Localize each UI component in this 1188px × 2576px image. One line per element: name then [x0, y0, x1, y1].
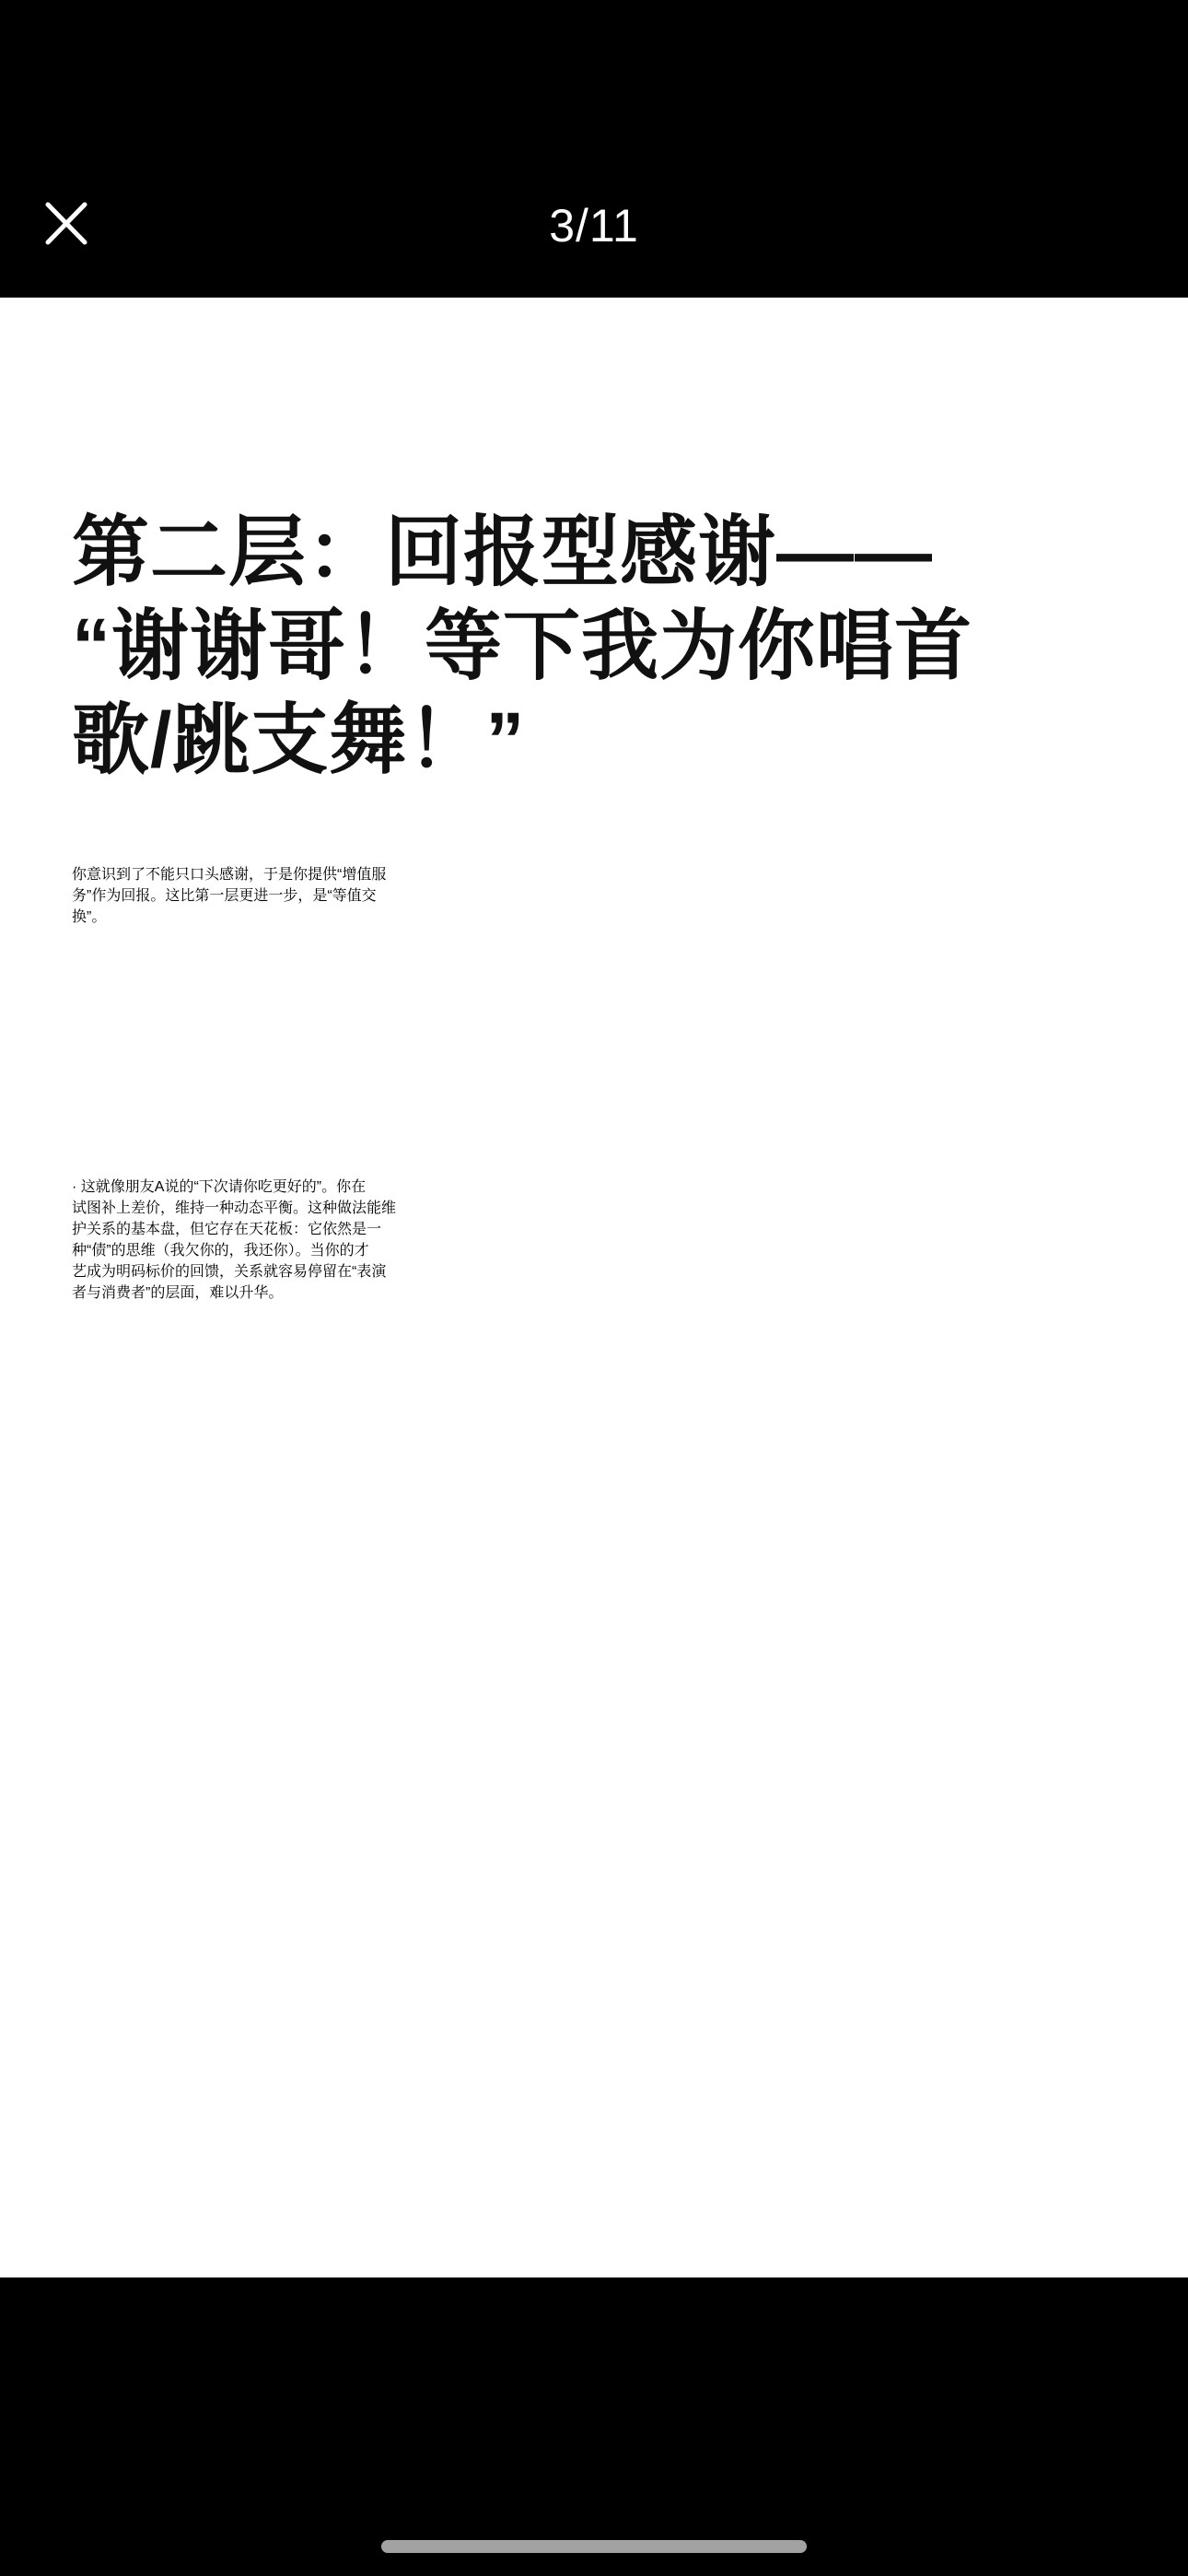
text-line: 试图补上差价，维持一种动态平衡。这种做法能维 — [72, 1196, 1124, 1217]
bottom-bar — [0, 2277, 1188, 2576]
text-line: 者与消费者”的层面，难以升华。 — [72, 1281, 1124, 1302]
heading-line: 歌/跳支舞！” — [72, 693, 1124, 787]
heading-line: 第二层：回报型感谢—— — [72, 505, 1124, 599]
text-line: 种“债”的思维（我欠你的，我还你）。当你的才 — [72, 1238, 1124, 1259]
screen: 3/11 第二层：回报型感谢—— “谢谢哥！等下我为你唱首 歌/跳支舞！” 你意… — [0, 0, 1188, 2576]
heading-line: “谢谢哥！等下我为你唱首 — [72, 599, 1124, 693]
section-heading: 第二层：回报型感谢—— “谢谢哥！等下我为你唱首 歌/跳支舞！” — [72, 505, 1124, 787]
text-line: · 这就像朋友A说的“下次请你吃更好的”。你在 — [72, 1175, 1124, 1196]
viewer-header: 3/11 — [0, 0, 1188, 298]
text-line: 务”作为回报。这比第一层更进一步，是“等值交 — [72, 884, 1124, 905]
text-line: 艺成为明码标价的回馈，关系就容易停留在“表演 — [72, 1259, 1124, 1281]
document-page[interactable]: 第二层：回报型感谢—— “谢谢哥！等下我为你唱首 歌/跳支舞！” 你意识到了不能… — [0, 298, 1188, 2277]
home-indicator[interactable] — [381, 2540, 807, 2553]
text-line: 你意识到了不能只口头感谢，于是你提供“增值服 — [72, 862, 1124, 884]
text-line: 护关系的基本盘，但它存在天花板：它依然是一 — [72, 1217, 1124, 1238]
text-line: 换”。 — [72, 905, 1124, 926]
page-indicator: 3/11 — [0, 198, 1188, 253]
